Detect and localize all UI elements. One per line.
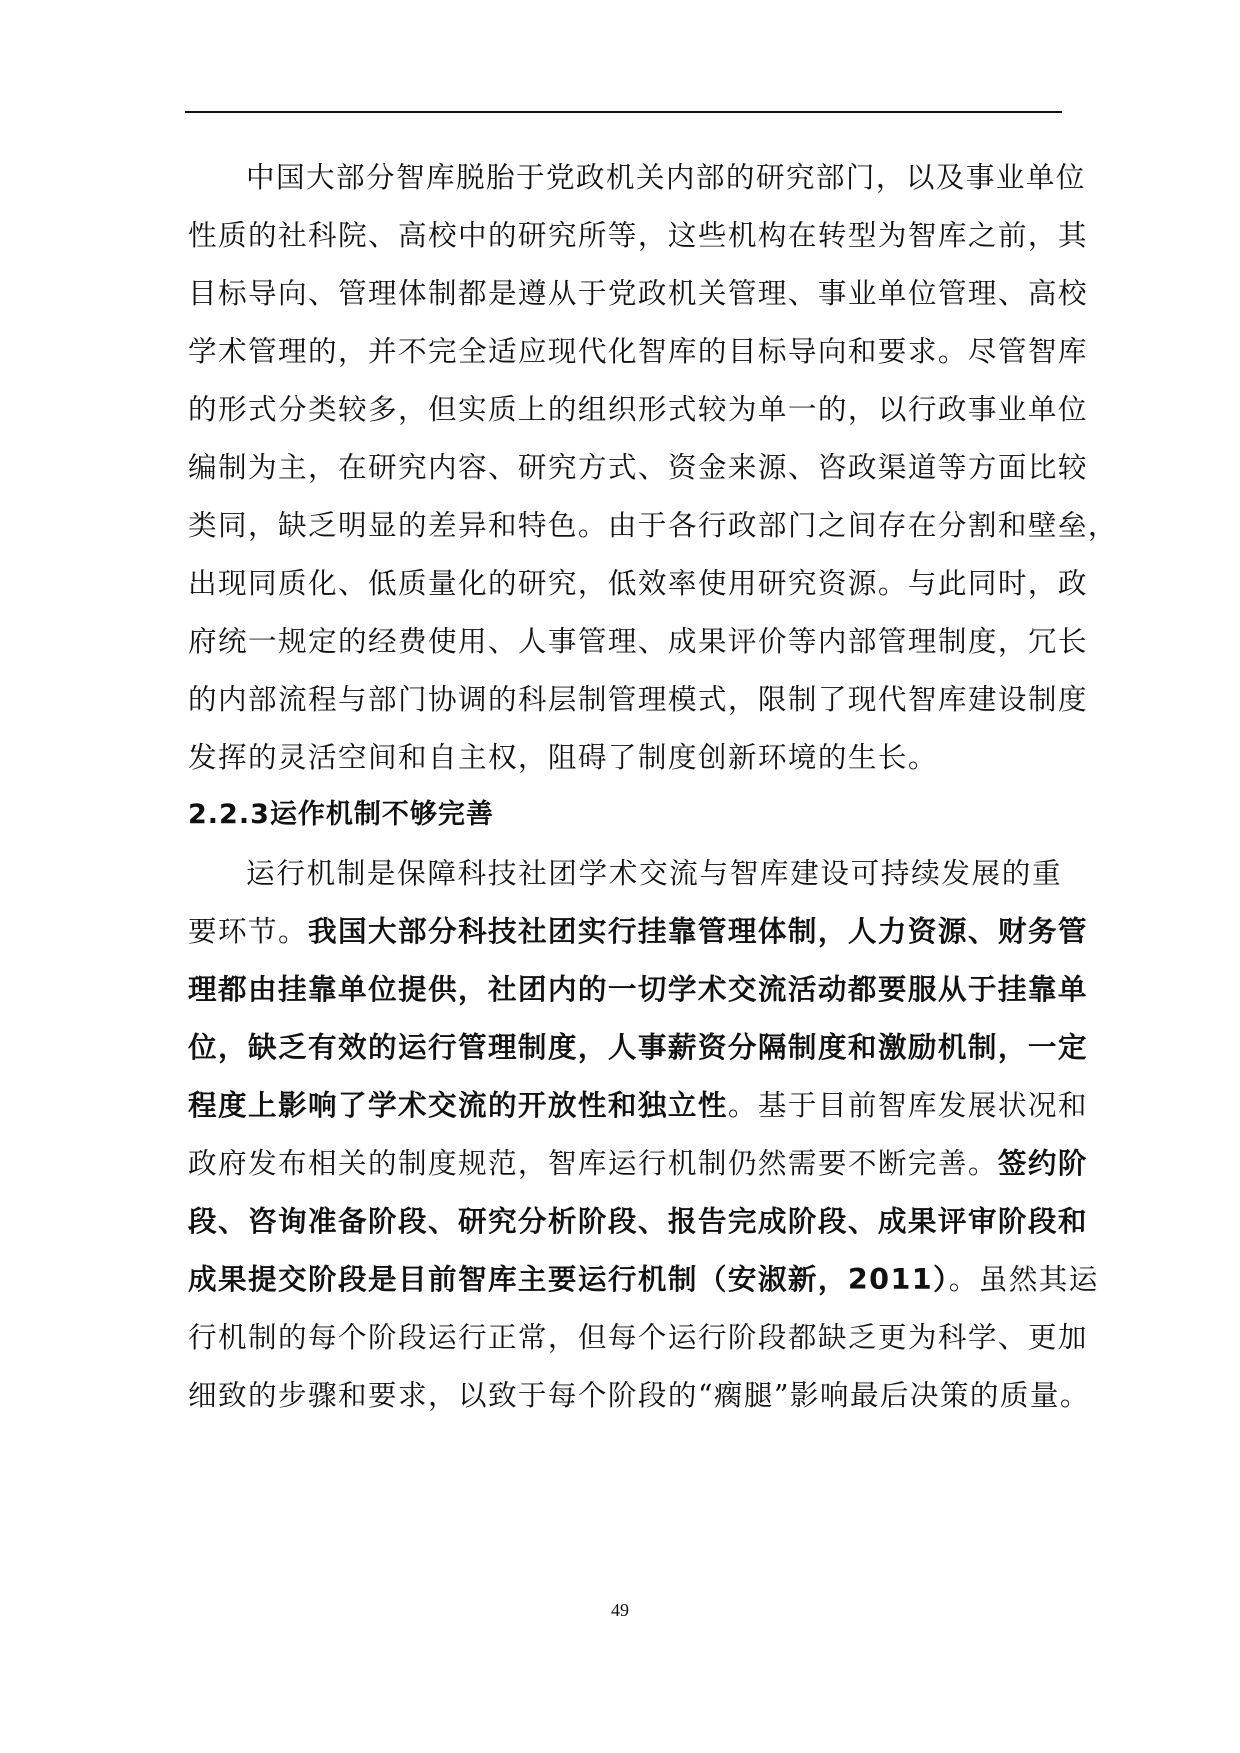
text-line: 的形式分类较多，但实质上的组织形式较为单一的，以行政事业单位 — [188, 380, 1062, 438]
text-line: 理都由挂靠单位提供，社团内的一切学术交流活动都要服从于挂靠单 — [188, 960, 1062, 1018]
text-run: 。基于目前智库发展状况和 — [728, 1088, 1088, 1122]
text-line: 细致的步骤和要求，以致于每个阶段的“瘸腿”影响最后决策的质量。 — [188, 1366, 1062, 1424]
text-line: 要环节。我国大部分科技社团实行挂靠管理体制，人力资源、财务管 — [188, 902, 1062, 960]
text-line: 行机制的每个阶段运行正常，但每个运行阶段都缺乏更为科学、更加 — [188, 1308, 1062, 1366]
text-run: 要环节。 — [188, 914, 308, 948]
text-line: 运行机制是保障科技社团学术交流与智库建设可持续发展的重 — [188, 844, 1062, 902]
text-line: 类同，缺乏明显的差异和特色。由于各行政部门之间存在分割和壁垒， — [188, 496, 1062, 554]
text-line: 中国大部分智库脱胎于党政机关内部的研究部门，以及事业单位 — [188, 148, 1062, 206]
bold-text-run: 程度上影响了学术交流的开放性和独立性 — [188, 1088, 728, 1122]
paragraph-1: 中国大部分智库脱胎于党政机关内部的研究部门，以及事业单位 性质的社科院、高校中的… — [188, 148, 1062, 786]
bold-text-run: 签约阶 — [998, 1146, 1088, 1180]
section-heading: 2.2.3运作机制不够完善 — [188, 786, 1062, 844]
text-line: 的内部流程与部门协调的科层制管理模式，限制了现代智库建设制度 — [188, 670, 1062, 728]
text-line: 府统一规定的经费使用、人事管理、成果评价等内部管理制度，冗长 — [188, 612, 1062, 670]
text-run: 政府发布相关的制度规范，智库运行机制仍然需要不断完善。 — [188, 1146, 998, 1180]
text-line: 政府发布相关的制度规范，智库运行机制仍然需要不断完善。签约阶 — [188, 1134, 1062, 1192]
text-line: 出现同质化、低质量化的研究，低效率使用研究资源。与此同时，政 — [188, 554, 1062, 612]
text-line: 目标导向、管理体制都是遵从于党政机关管理、事业单位管理、高校 — [188, 264, 1062, 322]
paragraph-2: 运行机制是保障科技社团学术交流与智库建设可持续发展的重 要环节。我国大部分科技社… — [188, 844, 1062, 1424]
text-line: 程度上影响了学术交流的开放性和独立性。基于目前智库发展状况和 — [188, 1076, 1062, 1134]
header-rule — [185, 111, 1062, 113]
text-run: 。虽然其运 — [949, 1262, 1099, 1296]
bold-text-run: 成果提交阶段是目前智库主要运行机制（安淑新，2011） — [188, 1262, 949, 1296]
text-line: 段、咨询准备阶段、研究分析阶段、报告完成阶段、成果评审阶段和 — [188, 1192, 1062, 1250]
text-line: 编制为主，在研究内容、研究方式、资金来源、咨政渠道等方面比较 — [188, 438, 1062, 496]
page-number: 49 — [0, 1600, 1240, 1621]
text-line: 位，缺乏有效的运行管理制度，人事薪资分隔制度和激励机制，一定 — [188, 1018, 1062, 1076]
text-line: 发挥的灵活空间和自主权，阻碍了制度创新环境的生长。 — [188, 728, 1062, 786]
text-line: 学术管理的，并不完全适应现代化智库的目标导向和要求。尽管智库 — [188, 322, 1062, 380]
bold-text-run: 我国大部分科技社团实行挂靠管理体制，人力资源、财务管 — [308, 914, 1088, 948]
text-line: 成果提交阶段是目前智库主要运行机制（安淑新，2011）。虽然其运 — [188, 1250, 1062, 1308]
page-body: 中国大部分智库脱胎于党政机关内部的研究部门，以及事业单位 性质的社科院、高校中的… — [188, 148, 1062, 1424]
text-line: 性质的社科院、高校中的研究所等，这些机构在转型为智库之前，其 — [188, 206, 1062, 264]
